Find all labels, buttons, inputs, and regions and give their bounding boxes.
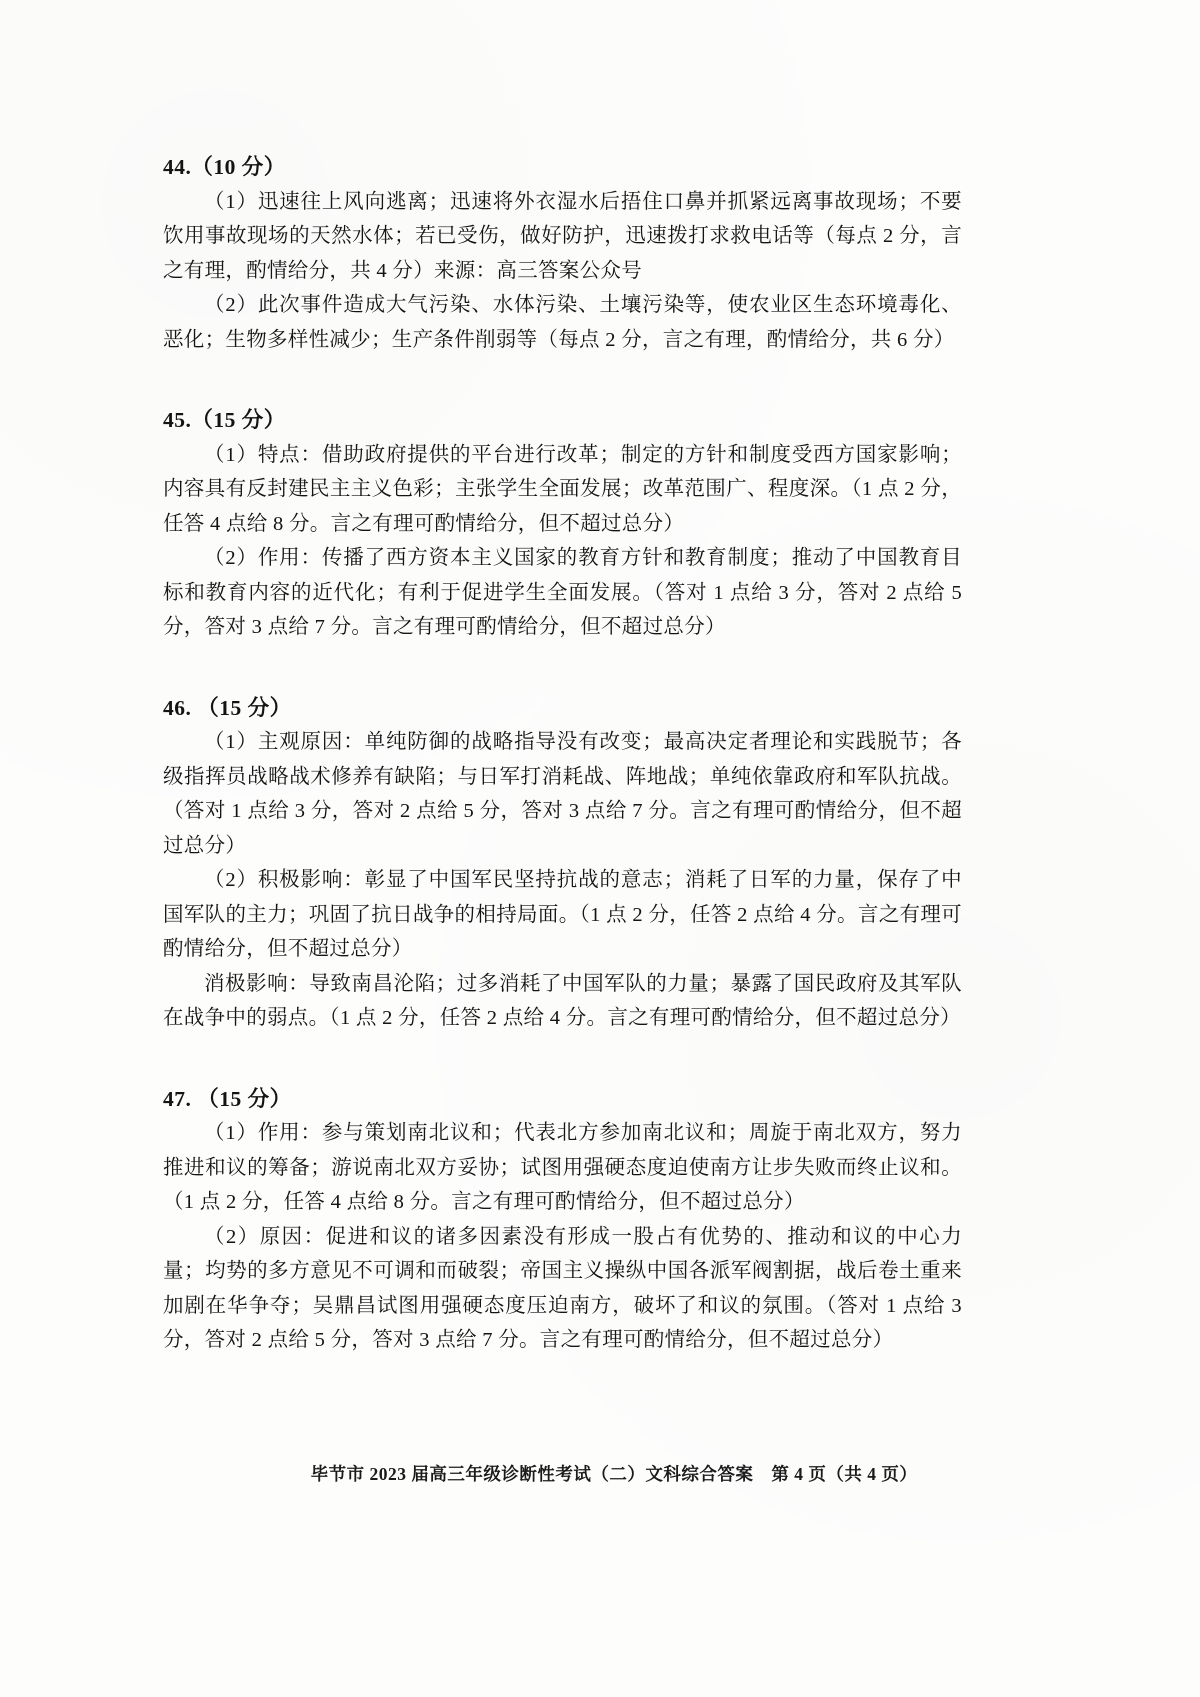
page-footer: 毕节市 2023 届高三年级诊断性考试（二）文科综合答案 第 4 页（共 4 页…: [0, 1462, 1200, 1486]
document-page: 44.（10 分） （1）迅速往上风向逃离；迅速将外衣湿水后捂住口鼻并抓紧远离事…: [0, 0, 1200, 1697]
question-44-heading: 44.（10 分）: [163, 150, 962, 185]
question-45-answer-part1: （1）特点：借助政府提供的平台进行改革；制定的方针和制度受西方国家影响；内容具有…: [163, 438, 962, 542]
section-question-46: 46. （15 分） （1）主观原因：单纯防御的战略指导没有改变；最高决定者理论…: [163, 691, 962, 1036]
question-46-heading: 46. （15 分）: [163, 691, 962, 726]
question-44-answer-part1: （1）迅速往上风向逃离；迅速将外衣湿水后捂住口鼻并抓紧远离事故现场；不要饮用事故…: [163, 185, 962, 289]
question-47-heading: 47. （15 分）: [163, 1082, 962, 1117]
question-47-answer-part1: （1）作用：参与策划南北议和；代表北方参加南北议和；周旋于南北双方，努力推进和议…: [163, 1116, 962, 1220]
section-question-47: 47. （15 分） （1）作用：参与策划南北议和；代表北方参加南北议和；周旋于…: [163, 1082, 962, 1358]
question-44-answer-part2: （2）此次事件造成大气污染、水体污染、土壤污染等，使农业区生态环境毒化、恶化；生…: [163, 288, 962, 357]
page-footer-text: 毕节市 2023 届高三年级诊断性考试（二）文科综合答案 第 4 页（共 4 页…: [311, 1464, 918, 1484]
question-46-answer-part2: （2）积极影响：彰显了中国军民坚持抗战的意志；消耗了日军的力量，保存了中国军队的…: [163, 863, 962, 967]
section-question-44: 44.（10 分） （1）迅速往上风向逃离；迅速将外衣湿水后捂住口鼻并抓紧远离事…: [163, 150, 962, 357]
question-46-answer-part1: （1）主观原因：单纯防御的战略指导没有改变；最高决定者理论和实践脱节；各级指挥员…: [163, 725, 962, 863]
question-45-heading: 45.（15 分）: [163, 403, 962, 438]
section-question-45: 45.（15 分） （1）特点：借助政府提供的平台进行改革；制定的方针和制度受西…: [163, 403, 962, 645]
question-45-answer-part2: （2）作用：传播了西方资本主义国家的教育方针和教育制度；推动了中国教育目标和教育…: [163, 541, 962, 645]
question-47-answer-part2: （2）原因：促进和议的诸多因素没有形成一股占有优势的、推动和议的中心力量；均势的…: [163, 1220, 962, 1358]
question-46-answer-part3: 消极影响：导致南昌沦陷；过多消耗了中国军队的力量；暴露了国民政府及其军队在战争中…: [163, 967, 962, 1036]
answer-key-content: 44.（10 分） （1）迅速往上风向逃离；迅速将外衣湿水后捂住口鼻并抓紧远离事…: [163, 150, 962, 1358]
